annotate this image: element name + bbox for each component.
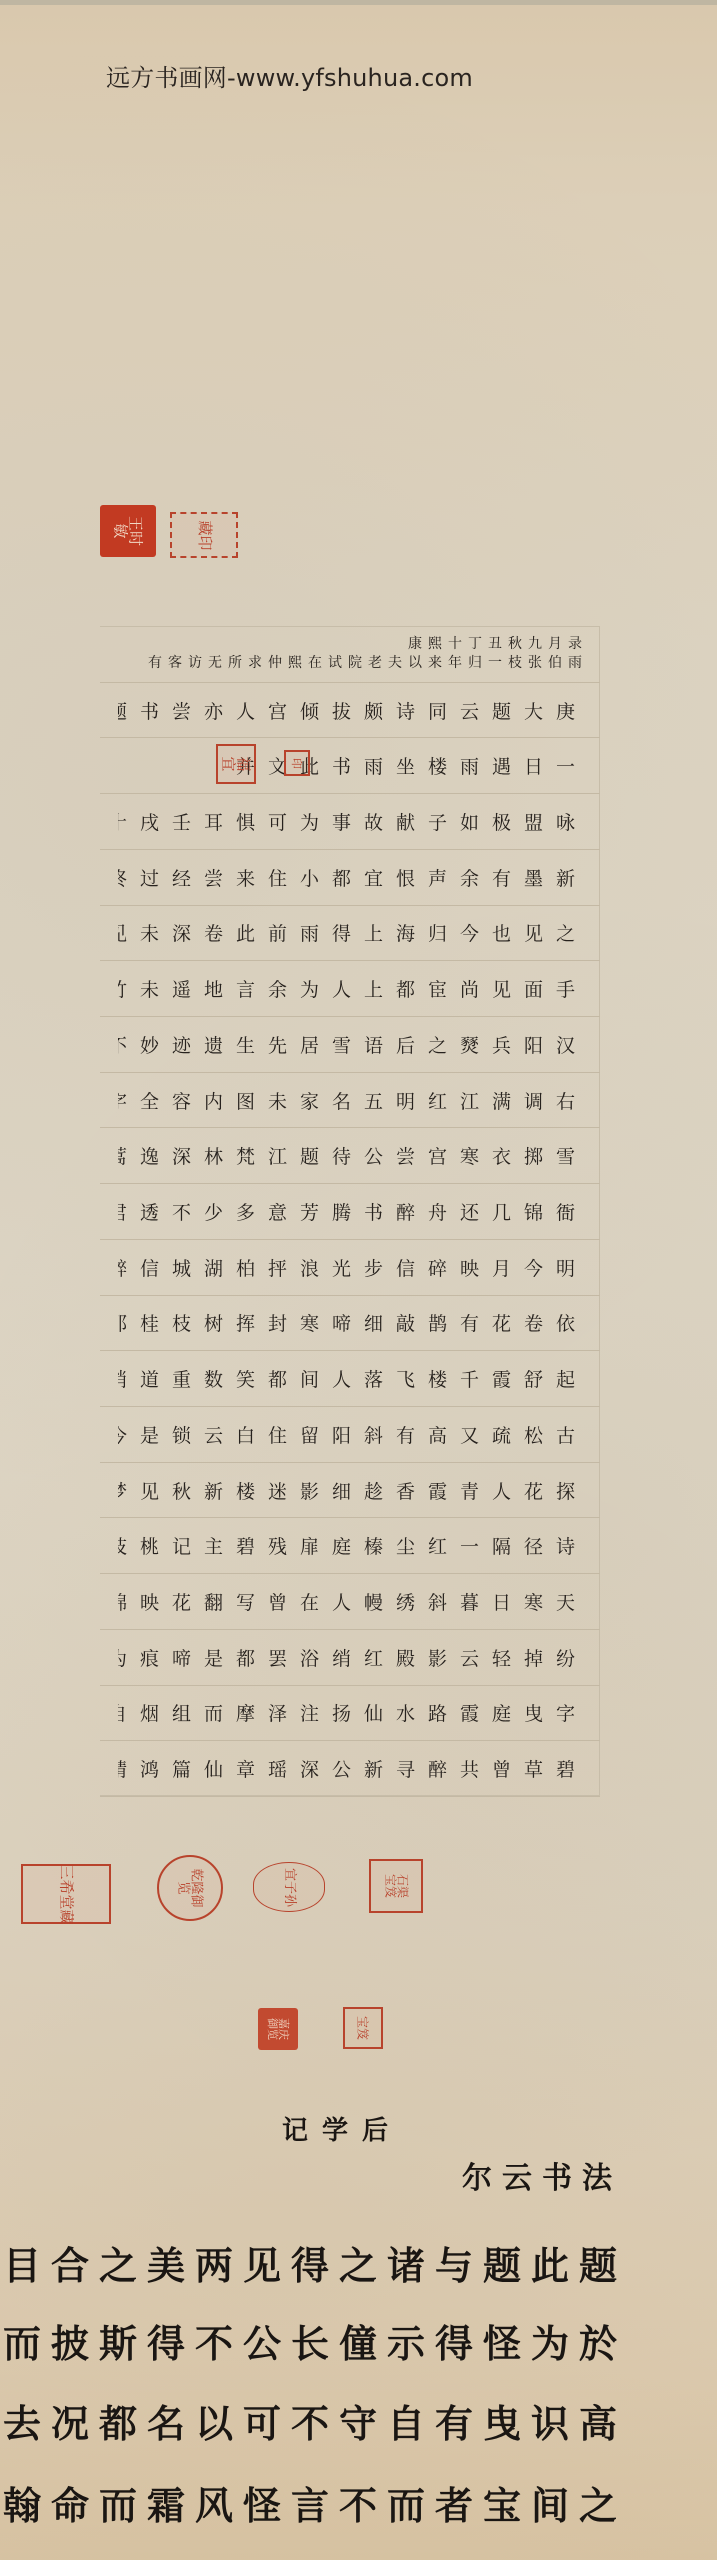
site-watermark: 远方书画网-www.yfshuhua.com [106, 58, 473, 93]
inscription-row-text: 新墨有余声恨宜都小住来尝经过终成补 [118, 864, 600, 891]
inscription-row: 依卷花有鹊敲细啼寒封挥树枝桂那 [100, 1296, 600, 1352]
inscription-row-text: 右调满江红明五名家未图内容全字 [118, 1087, 600, 1114]
inscription-row: 碧草曾共醉寻新公深瑶章仙篇鸿精浦 [100, 1741, 600, 1797]
inscription-row-text: 庚大题云同诗颇拔倾宫人亦尝书题名明年录细见春风生面 [118, 697, 600, 724]
seal-inscription-2: 印 [284, 750, 310, 776]
seal-glyphs: 乾隆御览 [177, 1866, 203, 1909]
seal-bottom-2: 乾隆御览 [157, 1855, 223, 1921]
cursive-column-3: 於为怪得示僮长公不得斯披而 [3, 2313, 627, 2368]
inscription-row-text: 探花人青霞香趁细影迷楼新秋见梦草句 [118, 1477, 600, 1504]
inscription-row-text: 纷掉轻云影殿红绡浴罢都是啼痕为倚 [118, 1644, 600, 1671]
inscription-row-text: 雪掷衣寒宫尝公待题江梵林深逸蒿春曲唱 [118, 1142, 600, 1169]
cursive-column-1: 法书云尔 [462, 2153, 622, 2197]
inscription-row-text: 衙锦几还舟醉书腾芳意多少不透君意 [118, 1198, 600, 1225]
inscription-row-text: 汉阳兵燹之后语雪居先生遗迹妙不可得 [118, 1031, 600, 1058]
seal-glyphs: 三希堂藏 [59, 1864, 74, 1924]
signature: 后学记 [282, 2110, 402, 2147]
inscription-row-text: 手面见尚宦都上人为余言地遥未竹来 [118, 975, 600, 1002]
seal-glyphs: 宝笈 [357, 2015, 369, 2040]
seal-glyphs: 印 [291, 755, 302, 770]
inscription-row-text: 古松疏又高有斜阳留住白云锁是今朝错 [118, 1421, 600, 1448]
inscription-row-text: 依卷花有鹊敲细啼寒封挥树枝桂那 [118, 1309, 600, 1336]
seal-glyphs: 藏印 [196, 513, 211, 558]
inscription-row: 探花人青霞香趁细影迷楼新秋见梦草句 [100, 1463, 600, 1519]
inscription-row: 一日遇雨楼坐雨书此文并 [100, 738, 600, 794]
cursive-column-2: 题此题与诸之得见两美之合目以 [0, 2235, 627, 2290]
seal-glyphs: 宜子孙 [283, 1863, 296, 1912]
seal-inscription-1: 福宜 [216, 744, 256, 784]
seal-glyphs: 石渠宝笈 [384, 1869, 408, 1904]
seal-top-solid: 王时敏 [100, 505, 156, 557]
seal-bottom-3: 宜子孙 [253, 1862, 325, 1912]
inscription-row-text: 起舒霞千楼飞落人间都笑数重道梢把 [118, 1365, 600, 1392]
inscription-row: 天寒日暮斜绣幔人在曾写翻花映锦帘想 [100, 1574, 600, 1630]
inscription-row: 新墨有余声恨宜都小住来尝经过终成补 [100, 850, 600, 906]
seal-glyphs: 嘉庆御览 [267, 2015, 289, 2043]
ruled-inscription-panel: 康熙十丁丑秋九月录有客访无所求仲熙在试院老夫以来年归一枝张伯雨庚大题云同诗颇拔倾… [100, 626, 600, 1796]
inscription-row-text: 天寒日暮斜绣幔人在曾写翻花映锦帘想 [118, 1588, 600, 1615]
cursive-column-6-partial [604, 2540, 627, 2560]
inscription-row-text: 明今月映碎信步光浪抨柏湖城信醉 [118, 1254, 600, 1281]
inscription-row: 庚大题云同诗颇拔倾宫人亦尝书题名明年录细见春风生面 [100, 683, 600, 739]
seal-bottom-1: 三希堂藏 [21, 1864, 111, 1924]
inscription-row: 之见也今归海上得雨前此卷深未见先生 [100, 906, 600, 962]
inscription-row-text: 康熙十丁丑秋九月录有客访无所求仲熙在试院老夫以来年归一枝张伯雨 [148, 635, 600, 673]
inscription-row-text: 碧草曾共醉寻新公深瑶章仙篇鸿精浦 [118, 1755, 600, 1782]
top-edge-strip [0, 0, 717, 5]
seal-glyphs: 福宜 [221, 751, 251, 776]
inscription-line-b: 有客访无所求仲熙在试院老夫以来年归一枝张伯雨 [148, 654, 588, 673]
cursive-column-5: 之间宝者而不言怪风霜而命翰具 [0, 2475, 627, 2530]
seal-lower-2: 宝笈 [343, 2007, 383, 2049]
seal-lower-1: 嘉庆御览 [258, 2008, 298, 2050]
inscription-row: 衙锦几还舟醉书腾芳意多少不透君意 [100, 1184, 600, 1240]
inscription-row: 古松疏又高有斜阳留住白云锁是今朝错 [100, 1407, 600, 1463]
inscription-row: 咏盟极如子献故事为可惧耳壬戌十月阴后 [100, 794, 600, 850]
inscription-row-text: 字曳庭霞路水仙扬注泽摩而组烟自种 [118, 1699, 600, 1726]
inscription-row: 汉阳兵燹之后语雪居先生遗迹妙不可得 [100, 1017, 600, 1073]
inscription-row-text: 诗径隔一红尘榛庭扉残碧主记桃枝先有 [118, 1532, 600, 1559]
seal-bottom-4: 石渠宝笈 [369, 1859, 423, 1913]
inscription-row: 纷掉轻云影殿红绡浴罢都是啼痕为倚 [100, 1630, 600, 1686]
seal-glyphs: 王时敏 [113, 511, 143, 550]
inscription-line-a: 康熙十丁丑秋九月录 [148, 635, 588, 654]
seal-top-outline: 藏印 [170, 512, 238, 558]
inscription-row: 康熙十丁丑秋九月录有客访无所求仲熙在试院老夫以来年归一枝张伯雨 [100, 627, 600, 683]
inscription-row: 诗径隔一红尘榛庭扉残碧主记桃枝先有 [100, 1518, 600, 1574]
inscription-row: 右调满江红明五名家未图内容全字 [100, 1073, 600, 1129]
inscription-row: 字曳庭霞路水仙扬注泽摩而组烟自种 [100, 1686, 600, 1742]
inscription-row: 明今月映碎信步光浪抨柏湖城信醉 [100, 1240, 600, 1296]
inscription-row: 雪掷衣寒宫尝公待题江梵林深逸蒿春曲唱 [100, 1128, 600, 1184]
inscription-row: 手面见尚宦都上人为余言地遥未竹来 [100, 961, 600, 1017]
cursive-column-4: 高识曳有自守不可以名都况去於 [0, 2393, 627, 2448]
inscription-row-text: 咏盟极如子献故事为可惧耳壬戌十月阴后 [118, 808, 600, 835]
inscription-row-text: 之见也今归海上得雨前此卷深未见先生 [118, 919, 600, 946]
inscription-row: 起舒霞千楼飞落人间都笑数重道梢把 [100, 1351, 600, 1407]
